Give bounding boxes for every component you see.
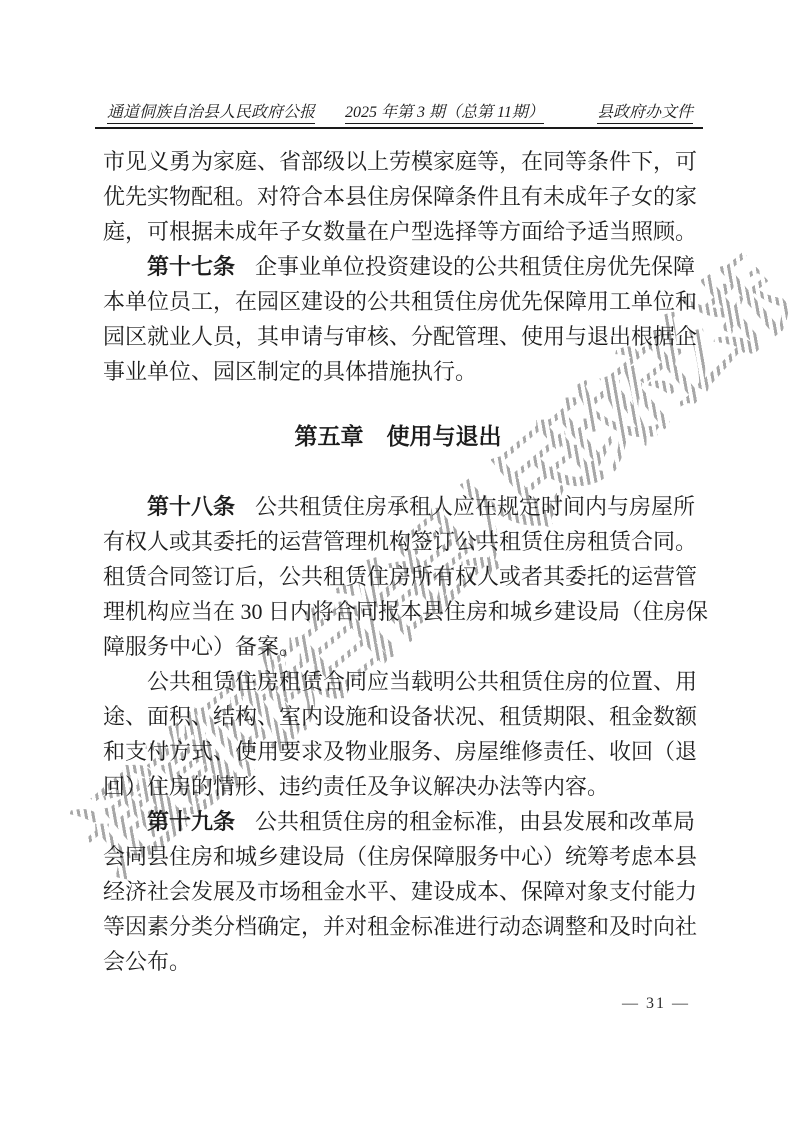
text-line: 事业单位、园区制定的具体措施执行。 xyxy=(103,354,693,389)
text-line: 会同县住房和城乡建设局（住房保障服务中心）统筹考虑本县 xyxy=(103,839,693,874)
page-number: — 31 — xyxy=(622,995,690,1013)
paragraph: 公共租赁住房租赁合同应当载明公共租赁住房的位置、用途、面积、结构、室内设施和设备… xyxy=(103,664,693,804)
text-line: 优先实物配租。对符合本县住房保障条件且有未成年子女的家 xyxy=(103,179,693,214)
text-line: 理机构应当在 30 日内将合同报本县住房和城乡建设局（住房保 xyxy=(103,594,693,629)
paragraph: 第十七条企事业单位投资建设的公共租赁住房优先保障本单位员工，在园区建设的公共租赁… xyxy=(103,249,693,389)
paragraph: 市见义勇为家庭、省部级以上劳模家庭等，在同等条件下，可优先实物配租。对符合本县住… xyxy=(103,144,693,249)
paragraph: 第十九条公共租赁住房的租金标准，由县发展和改革局会同县住房和城乡建设局（住房保障… xyxy=(103,804,693,979)
paragraph: 第十八条公共租赁住房承租人应在规定时间内与房屋所有权人或其委托的运营管理机构签订… xyxy=(103,489,693,664)
chapter-heading: 第五章 使用与退出 xyxy=(103,419,693,454)
text-line: 第十八条公共租赁住房承租人应在规定时间内与房屋所 xyxy=(103,489,693,524)
header-gazette-title: 通道侗族自治县人民政府公报 xyxy=(107,99,315,124)
text-line: 经济社会发展及市场租金水平、建设成本、保障对象支付能力 xyxy=(103,874,693,909)
article-number: 第十七条 xyxy=(147,254,235,279)
gazette-page: 通道侗族自治县人民政府公报 通道侗族自治县人民政府公报 2025 年第 3 期（… xyxy=(0,0,793,1122)
text-line: 公共租赁住房租赁合同应当载明公共租赁住房的位置、用 xyxy=(103,664,693,699)
text-line: 租赁合同签订后，公共租赁住房所有权人或者其委托的运营管 xyxy=(103,559,693,594)
text-line: 和支付方式、使用要求及物业服务、房屋维修责任、收回（退 xyxy=(103,734,693,769)
header-issue-info: 2025 年第 3 期（总第 11期） xyxy=(345,99,544,124)
article-number: 第十八条 xyxy=(147,494,235,519)
text-line: 市见义勇为家庭、省部级以上劳模家庭等，在同等条件下，可 xyxy=(103,144,693,179)
text-line: 会公布。 xyxy=(103,944,693,979)
page-header: 通道侗族自治县人民政府公报 2025 年第 3 期（总第 11期） 县政府办文件 xyxy=(95,100,703,129)
header-doc-category: 县政府办文件 xyxy=(597,99,693,124)
document-body: 市见义勇为家庭、省部级以上劳模家庭等，在同等条件下，可优先实物配租。对符合本县住… xyxy=(103,144,693,979)
text-line: 庭，可根据未成年子女数量在户型选择等方面给予适当照顾。 xyxy=(103,214,693,249)
article-number: 第十九条 xyxy=(147,809,235,834)
text-line: 障服务中心）备案。 xyxy=(103,629,693,664)
text-line: 第十九条公共租赁住房的租金标准，由县发展和改革局 xyxy=(103,804,693,839)
text-line: 途、面积、结构、室内设施和设备状况、租赁期限、租金数额 xyxy=(103,699,693,734)
text-line: 有权人或其委托的运营管理机构签订公共租赁住房租赁合同。 xyxy=(103,524,693,559)
text-line: 回）住房的情形、违约责任及争议解决办法等内容。 xyxy=(103,769,693,804)
text-line: 第十七条企事业单位投资建设的公共租赁住房优先保障 xyxy=(103,249,693,284)
text-line: 本单位员工，在园区建设的公共租赁住房优先保障用工单位和 xyxy=(103,284,693,319)
text-line: 园区就业人员，其申请与审核、分配管理、使用与退出根据企 xyxy=(103,319,693,354)
text-line: 等因素分类分档确定，并对租金标准进行动态调整和及时向社 xyxy=(103,909,693,944)
